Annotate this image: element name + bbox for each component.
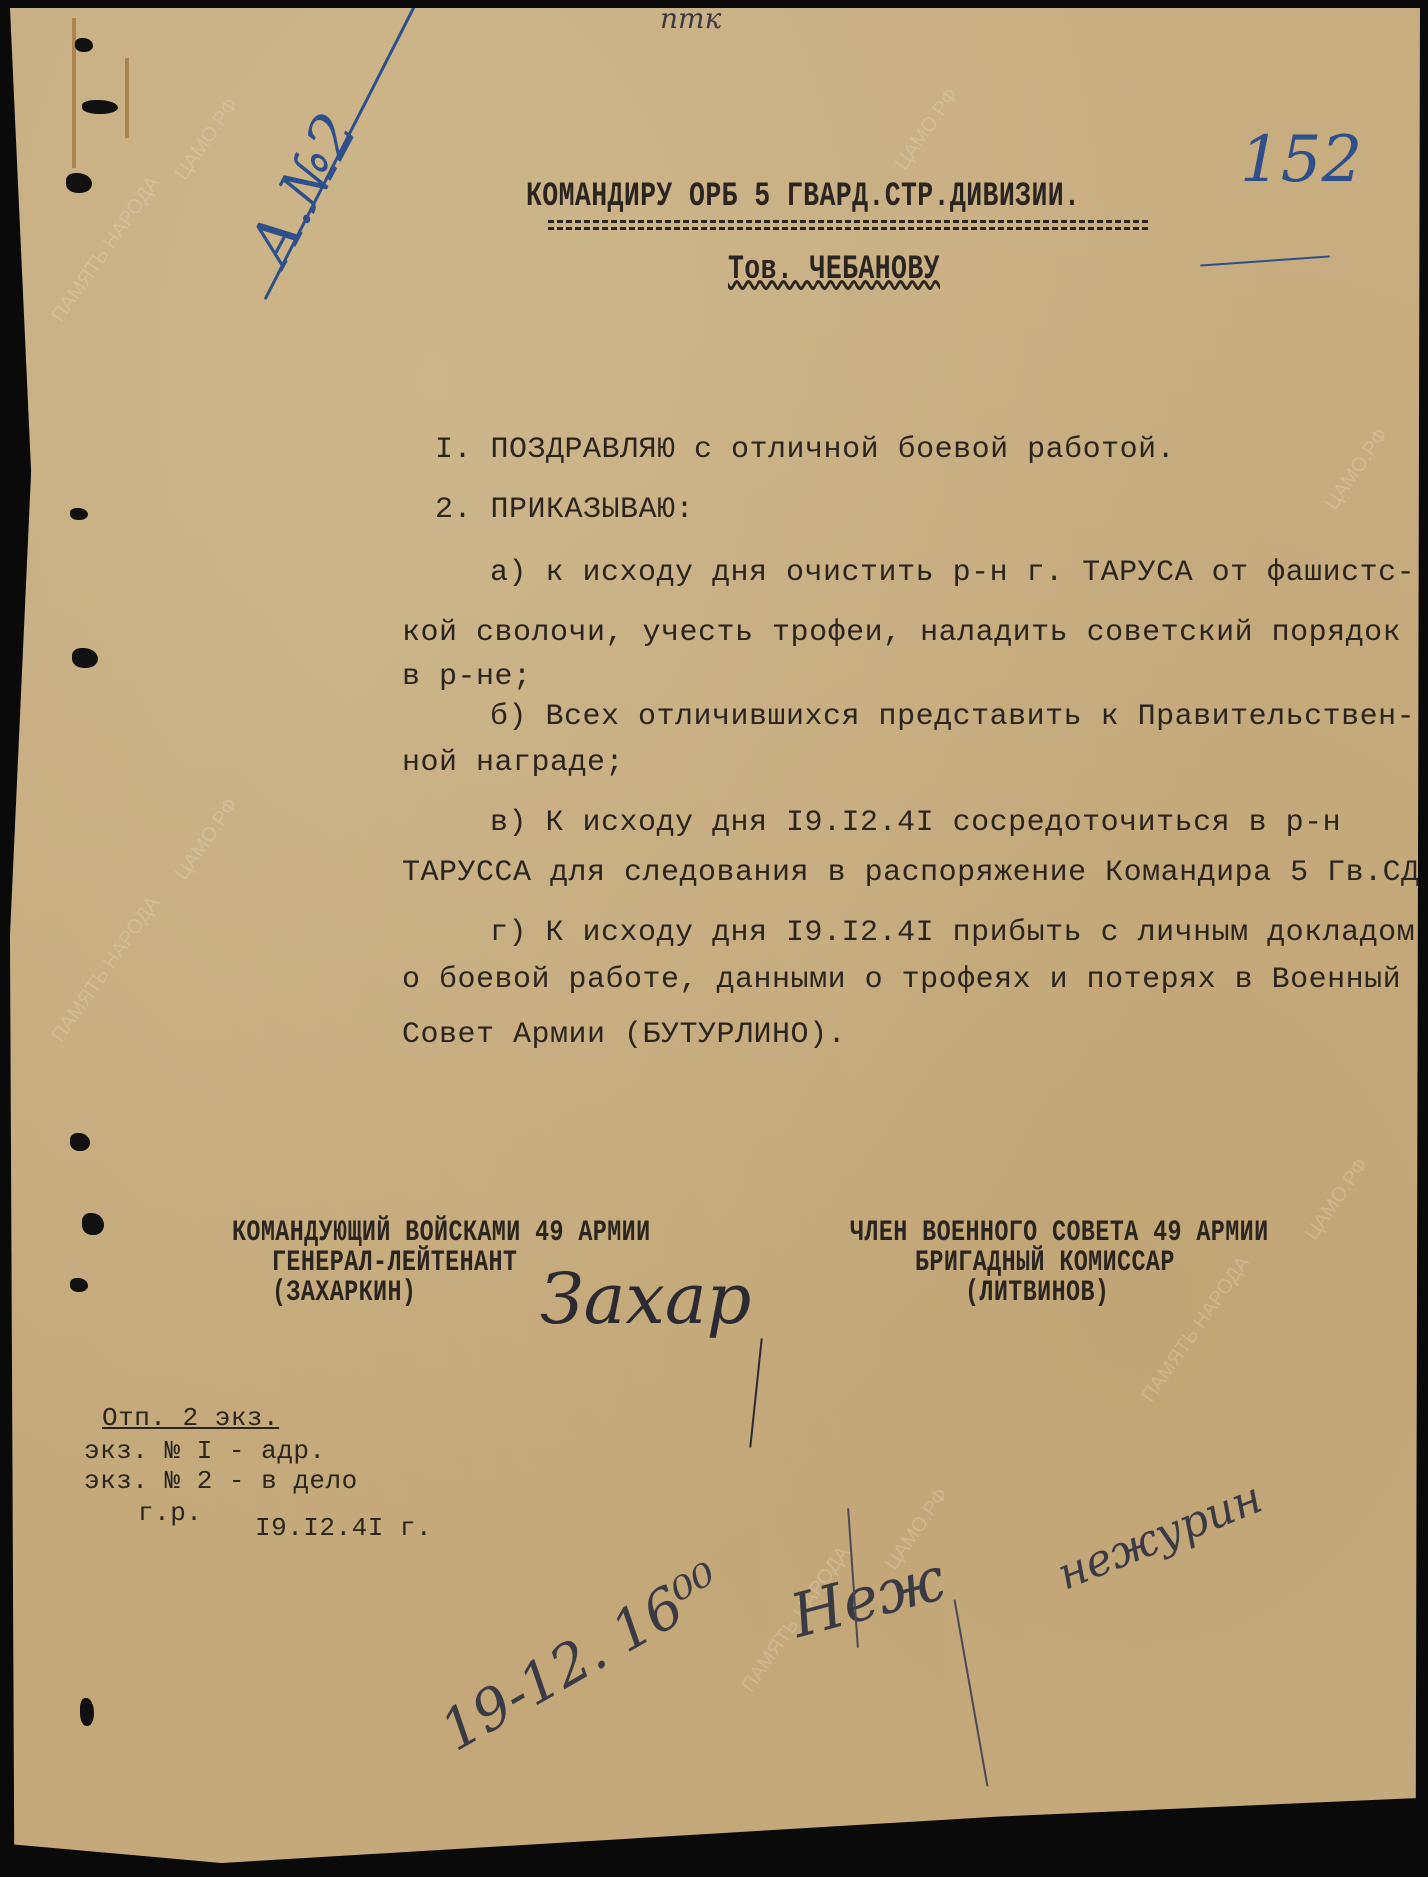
order-a-line-3: в р-не; bbox=[402, 660, 532, 694]
binder-hole bbox=[70, 1133, 90, 1151]
rust-stain bbox=[125, 58, 129, 138]
left-signatory-rank: ГЕНЕРАЛ-ЛЕЙТЕНАНТ bbox=[272, 1246, 517, 1280]
distribution-copy-2: экз. № 2 - в дело bbox=[84, 1466, 358, 1496]
binder-hole bbox=[75, 38, 93, 52]
left-signatory-name: (ЗАХАРКИН) bbox=[272, 1276, 416, 1310]
order-g-line-1: г) К исходу дня I9.I2.4I прибыть с личны… bbox=[490, 916, 1415, 950]
recipient-line: Тов. ЧЕБАНОВУ bbox=[728, 251, 940, 289]
handwritten-page-number: 152 bbox=[1240, 123, 1362, 197]
handwritten-received-date: 19-12. 16⁰⁰ bbox=[430, 1551, 734, 1764]
watermark: ЦАМО.РФ bbox=[1321, 424, 1394, 514]
signature-stroke bbox=[954, 1599, 989, 1786]
watermark: ЦАМО.РФ bbox=[891, 84, 964, 174]
handwritten-note: нежурин bbox=[1050, 1472, 1269, 1600]
handwritten-ptk: птк bbox=[660, 2, 721, 35]
order-g-line-3: Совет Армии (БУТУРЛИНО). bbox=[402, 1018, 846, 1052]
right-signatory-name: (ЛИТВИНОВ) bbox=[965, 1276, 1109, 1310]
distribution-date: I9.I2.4I г. bbox=[255, 1513, 432, 1543]
order-b-line-2: ной награде; bbox=[402, 746, 624, 780]
binder-hole bbox=[82, 1213, 104, 1235]
binder-hole bbox=[70, 508, 88, 520]
watermark: ЦАМО.РФ bbox=[171, 794, 244, 884]
watermark: ПАМЯТЬ НАРОДА bbox=[47, 892, 165, 1046]
left-signature: Захар bbox=[540, 1258, 751, 1340]
order-a-line-1: а) к исходу дня очистить р-н г. ТАРУСА о… bbox=[490, 556, 1415, 590]
item-1-congratulation: I. ПОЗДРАВЛЯЮ с отличной боевой работой. bbox=[435, 433, 1175, 467]
order-v-line-2: ТАРУССА для следования в распоряжение Ко… bbox=[402, 856, 1428, 890]
right-signatory-rank: БРИГАДНЫЙ КОМИССАР bbox=[915, 1246, 1175, 1280]
document-page: ЦАМО.РФ ЦАМО.РФ ЦАМО.РФ ЦАМО.РФ ЦАМО.РФ … bbox=[10, 8, 1420, 1863]
distribution-typist-label: г.р. bbox=[138, 1498, 202, 1528]
order-a-line-2: кой сволочи, учесть трофеи, наладить сов… bbox=[402, 616, 1401, 650]
binder-hole bbox=[66, 173, 92, 193]
left-signatory-title: КОМАНДУЮЩИЙ ВОЙСКАМИ 49 АРМИИ bbox=[232, 1216, 651, 1250]
distribution-copies: Отп. 2 экз. bbox=[102, 1403, 279, 1433]
order-b-line-1: б) Всех отличившихся представить к Прави… bbox=[490, 700, 1415, 734]
binder-hole bbox=[70, 1278, 88, 1292]
distribution-copy-1: экз. № I - адр. bbox=[84, 1436, 326, 1466]
binder-hole bbox=[82, 100, 118, 114]
binder-hole bbox=[80, 1698, 94, 1726]
double-underline bbox=[548, 220, 1148, 230]
watermark: ПАМЯТЬ НАРОДА bbox=[47, 172, 165, 326]
handwritten-signature-bottom: Неж bbox=[784, 1544, 953, 1652]
watermark: ЦАМО.РФ bbox=[1301, 1154, 1374, 1244]
item-2-order: 2. ПРИКАЗЫВАЮ: bbox=[435, 493, 694, 527]
order-v-line-1: в) К исходу дня I9.I2.4I сосредоточиться… bbox=[490, 806, 1341, 840]
order-g-line-2: о боевой работе, данными о трофеях и пот… bbox=[402, 963, 1401, 997]
right-signatory-title: ЧЛЕН ВОЕННОГО СОВЕТА 49 АРМИИ bbox=[850, 1216, 1269, 1250]
signature-stroke bbox=[749, 1338, 762, 1448]
binder-hole bbox=[72, 648, 98, 668]
watermark: ЦАМО.РФ bbox=[171, 94, 244, 184]
blue-pencil-stroke bbox=[1200, 255, 1330, 266]
addressee-line: КОМАНДИРУ ОРБ 5 ГВАРД.СТР.ДИВИЗИИ. bbox=[526, 178, 1080, 216]
